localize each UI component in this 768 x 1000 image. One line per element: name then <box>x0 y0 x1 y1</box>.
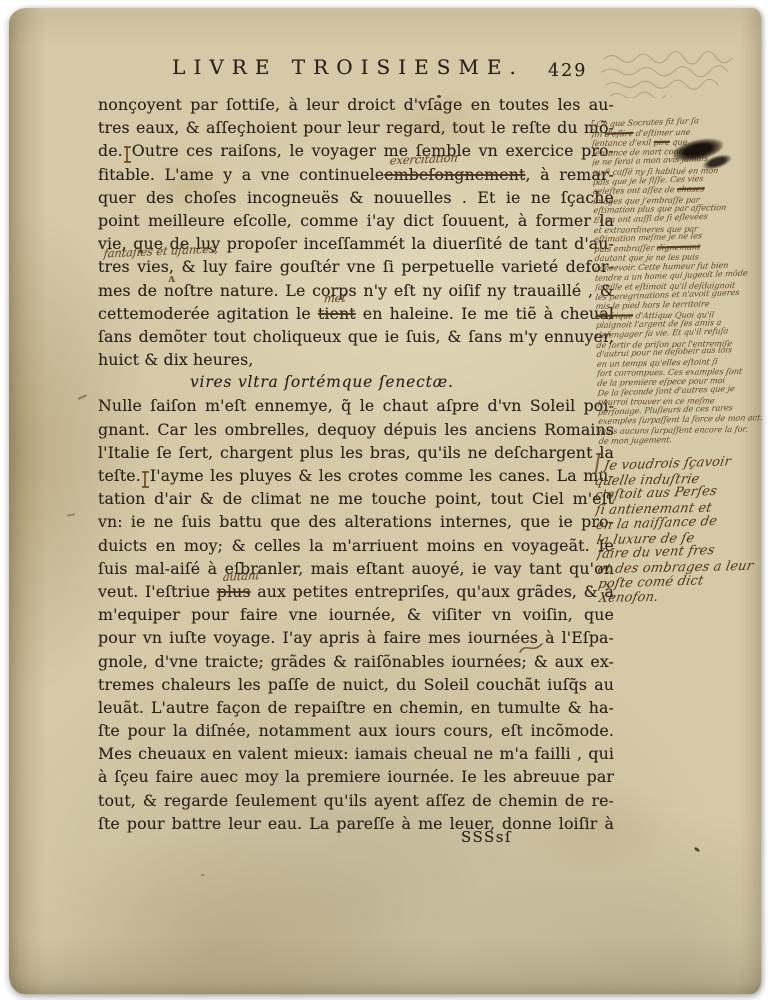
paper-speck <box>694 847 701 853</box>
page-number: 429 <box>548 61 587 81</box>
print-line: de.Outre ces raiſons, le voyager me ſemb… <box>98 139 614 162</box>
print-line: l'Italie ſe ſert, chargent plus les bras… <box>98 441 614 464</box>
print-line: tremes chaleurs les paſſe de nuict, du S… <box>98 673 614 696</box>
print-line: tres vies,fantaſies et uſances,ʌ & luy f… <box>98 255 614 278</box>
print-line: ſuis mal-aiſé à eſbranler, mais eſtant a… <box>98 557 614 580</box>
print-line: veut. I'eſtriue plusautant aux petites e… <box>98 580 614 603</box>
print-line: mes de noſtre nature. Le corps n'y eſt n… <box>98 279 614 302</box>
print-line: ſte pour battre leur eau. La pareſſe à m… <box>98 812 614 835</box>
print-line: m'equiper pour faire vne iournée, & viſi… <box>98 603 614 626</box>
print-line: tout, & regarde ſeulement qu'ils ayent a… <box>98 789 614 812</box>
print-line: leuãt. L'autre façon de repaiſtre en che… <box>98 696 614 719</box>
marginalia-small-hand: Ce que Socrates fit ſur ſafin d'eſlire d… <box>591 116 768 446</box>
faint-scribbles-decoration <box>600 50 762 98</box>
print-line: teſte.I'ayme les pluyes & les crotes com… <box>98 464 614 487</box>
paper-speck <box>201 874 204 876</box>
insertion-mark <box>144 472 147 487</box>
signature-mark: SSSsſ <box>461 828 512 846</box>
print-line: vires vltra ſortémque ſenectæ. <box>98 371 614 394</box>
paper-speck <box>585 819 588 822</box>
print-line: fitable. L'ame y a vne continueleembeſon… <box>98 163 614 186</box>
marginalia-line: Je voudrois ſçavoir <box>591 443 768 475</box>
print-line: vn: ie ne ſuis battu que des alterations… <box>98 510 614 533</box>
print-line: tres eaux, & aſſeçhoient pour leur regar… <box>98 116 614 139</box>
margin-dash-mark <box>78 394 87 400</box>
print-line: gnant. Car les ombrelles, dequoy dépuis … <box>98 418 614 441</box>
print-line: Mes cheuaux en valent mieux: iamais cheu… <box>98 742 614 765</box>
print-line: cettemoderée agitation le tientmet en ha… <box>98 302 614 325</box>
margin-dash-mark <box>67 513 75 516</box>
marginalia-big-hand: Je voudrois ſçavoirquelle induſtriec'eſt… <box>593 443 768 607</box>
print-line: ſans demõter tout choliqueux que ie ſuis… <box>98 325 614 348</box>
interlinear-addition: autant <box>222 570 260 583</box>
paper-speck <box>437 95 441 98</box>
interlinear-addition: exercitation <box>389 152 458 166</box>
page-content-layer: LIVRE TROISIESME. 429 nonçoyent par ſott… <box>0 0 768 1000</box>
insertion-mark <box>591 121 595 129</box>
print-line: ſte pour la diſnée, notamment aux iours … <box>98 719 614 742</box>
print-line: tation d'air & de climat ne me touche po… <box>98 487 614 510</box>
running-head: LIVRE TROISIESME. <box>98 55 598 79</box>
print-line: nonçoyent par ſottiſe, à leur droict d'v… <box>98 93 614 116</box>
print-line: point meilleure eſcolle, comme i'ay dict… <box>98 209 614 232</box>
print-line: huict & dix heures, <box>98 348 614 371</box>
marginalia-line: Xenofon. <box>597 589 768 607</box>
insertion-mark <box>594 454 601 475</box>
print-line: Nulle ſaiſon m'eſt ennemye, q̃ le chaut … <box>98 394 614 417</box>
insertion-mark <box>126 147 129 162</box>
interlinear-addition: met <box>323 292 346 304</box>
print-line: duicts en moy; & celles la m'arriuent mo… <box>98 534 614 557</box>
insertion-caret: ʌ <box>168 274 175 284</box>
hand-correction-stroke <box>518 640 544 656</box>
print-line: quer des choſes incogneuës & nouuelles .… <box>98 186 614 209</box>
print-line: à ſçeu faire auec moy la premiere iourné… <box>98 765 614 788</box>
book-page-scan: LIVRE TROISIESME. 429 nonçoyent par ſott… <box>0 0 768 1000</box>
printed-text-block: nonçoyent par ſottiſe, à leur droict d'v… <box>98 93 614 835</box>
